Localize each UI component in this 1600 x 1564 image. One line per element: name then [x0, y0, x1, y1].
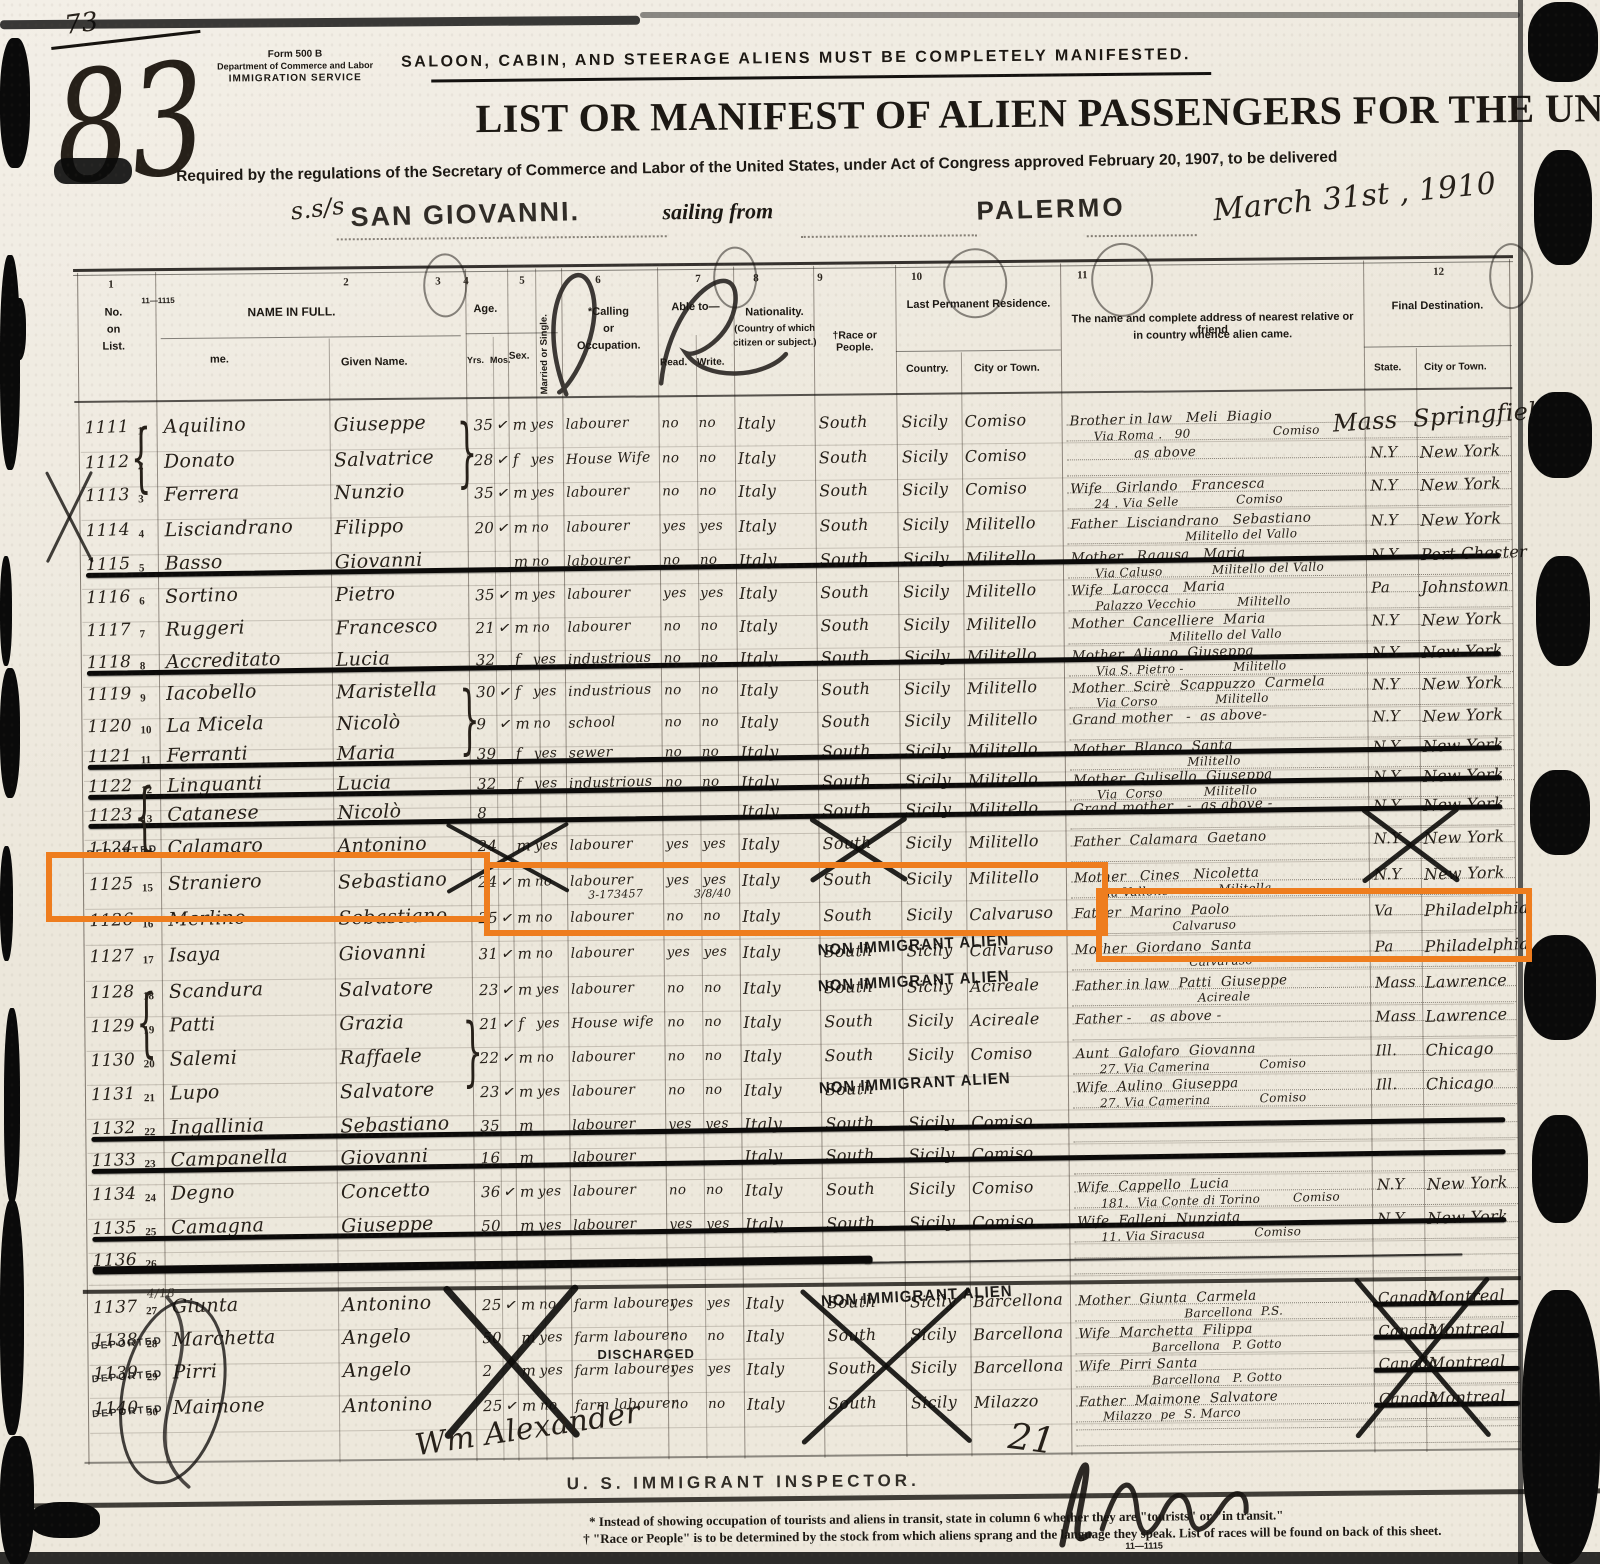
- strike-through-line: [88, 745, 1502, 770]
- cross-out-mark: [43, 467, 96, 567]
- strike-through-line: [93, 1256, 873, 1275]
- cross-out-mark: [1364, 810, 1457, 881]
- manifest-page: 73 83 Form 500 B Department of Commerce …: [0, 0, 1600, 1564]
- scan-artifact: [1528, 2, 1598, 82]
- strike-through-line: [92, 1217, 1506, 1242]
- brace-right-icon: }: [462, 1013, 483, 1088]
- brace-left-icon: {: [136, 984, 157, 1059]
- scan-artifact: [1522, 1290, 1600, 1564]
- scan-artifact: [4, 1008, 20, 1203]
- scan-artifact: [1528, 392, 1592, 478]
- scan-artifact: [1536, 556, 1590, 666]
- cross-out-mark: [803, 1290, 969, 1442]
- scan-artifact: [0, 1552, 1600, 1564]
- scan-artifact: [0, 1200, 24, 1435]
- scan-artifact: [1518, 0, 1523, 1564]
- scan-artifact: [0, 668, 20, 798]
- strike-through-line: [87, 651, 1501, 676]
- strike-through-line: [865, 1253, 1463, 1263]
- scan-artifact: [0, 38, 30, 168]
- inspector-stamp: U. S. IMMIGRANT INSPECTOR.: [567, 1471, 920, 1494]
- cross-out-mark: [1357, 1279, 1488, 1435]
- scan-artifact: [0, 846, 13, 961]
- circled-scrawl: [67, 1281, 279, 1503]
- scan-artifact: [0, 1436, 34, 1564]
- strike-through-line: [91, 1117, 1505, 1142]
- scan-artifact: [1532, 1115, 1588, 1223]
- scan-artifact: [1524, 935, 1596, 1040]
- highlight-box-details: [484, 862, 1108, 936]
- scan-artifact: [30, 1502, 100, 1538]
- highlight-box-name: [46, 852, 490, 922]
- scan-artifact: [640, 12, 1520, 18]
- scan-artifact: [1534, 150, 1592, 265]
- brace-left-icon: {: [130, 419, 151, 494]
- strike-through-line: [88, 775, 1502, 800]
- highlight-box-destination: [1096, 888, 1532, 962]
- brace-left-icon: {: [134, 778, 155, 853]
- manifest-document: 73 83 Form 500 B Department of Commerce …: [0, 0, 1600, 1564]
- scan-artifact: [0, 556, 12, 666]
- scan-artifact: [0, 255, 20, 470]
- strike-through-line: [92, 1149, 1506, 1174]
- scan-artifact: [54, 158, 132, 184]
- scan-artifact: [1530, 770, 1590, 855]
- handwritten-scrawl: [1016, 1407, 1337, 1560]
- scan-artifact: [12, 298, 26, 360]
- brace-right-icon: }: [456, 414, 477, 489]
- non-immigrant-alien-stamp: NON IMMIGRANT ALIEN: [819, 1069, 1011, 1097]
- strike-through-line: [86, 553, 1500, 578]
- brace-right-icon: }: [459, 681, 480, 756]
- strike-through-line: [88, 804, 1502, 829]
- discharged-stamp: DISCHARGED: [597, 1346, 695, 1362]
- non-immigrant-alien-stamp: NON IMMIGRANT ALIEN: [818, 967, 1010, 995]
